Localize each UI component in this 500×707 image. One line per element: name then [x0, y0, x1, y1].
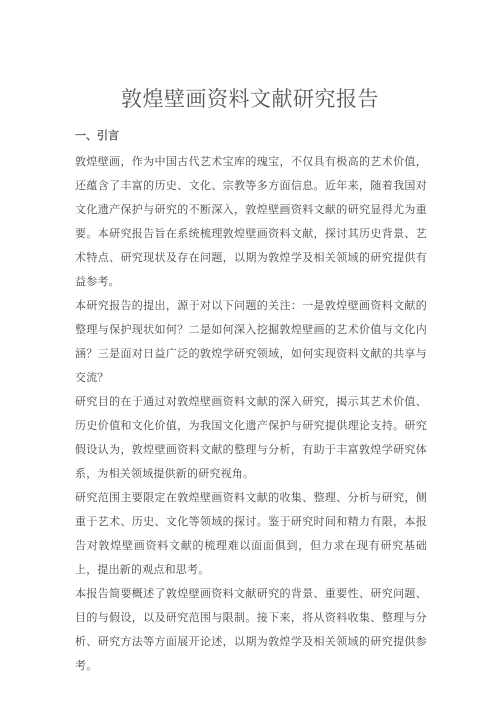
document-page: 敦煌壁画资料文献研究报告 一、引言 敦煌壁画，作为中国古代艺术宝库的瑰宝，不仅具… [0, 0, 500, 707]
paragraph-purpose-hypothesis: 研究目的在于通过对敦煌壁画资料文献的深入研究，揭示其艺术价值、历史价值和文化价值… [75, 390, 427, 486]
paragraph-background: 敦煌壁画，作为中国古代艺术宝库的瑰宝，不仅具有极高的艺术价值，还蕴含了丰富的历史… [75, 150, 427, 294]
paragraph-research-questions: 本研究报告的提出，源于对以下问题的关注：一是敦煌壁画资料文献的整理与保护现状如何… [75, 294, 427, 390]
document-body: 敦煌壁画，作为中国古代艺术宝库的瑰宝，不仅具有极高的艺术价值，还蕴含了丰富的历史… [75, 150, 427, 678]
paragraph-scope-limitations: 研究范围主要限定在敦煌壁画资料文献的收集、整理、分析与研究，侧重于艺术、历史、文… [75, 486, 427, 582]
document-title: 敦煌壁画资料文献研究报告 [0, 84, 500, 114]
paragraph-summary: 本报告简要概述了敦煌壁画资料文献研究的背景、重要性、研究问题、目的与假设，以及研… [75, 582, 427, 678]
section-heading-introduction: 一、引言 [75, 128, 119, 144]
